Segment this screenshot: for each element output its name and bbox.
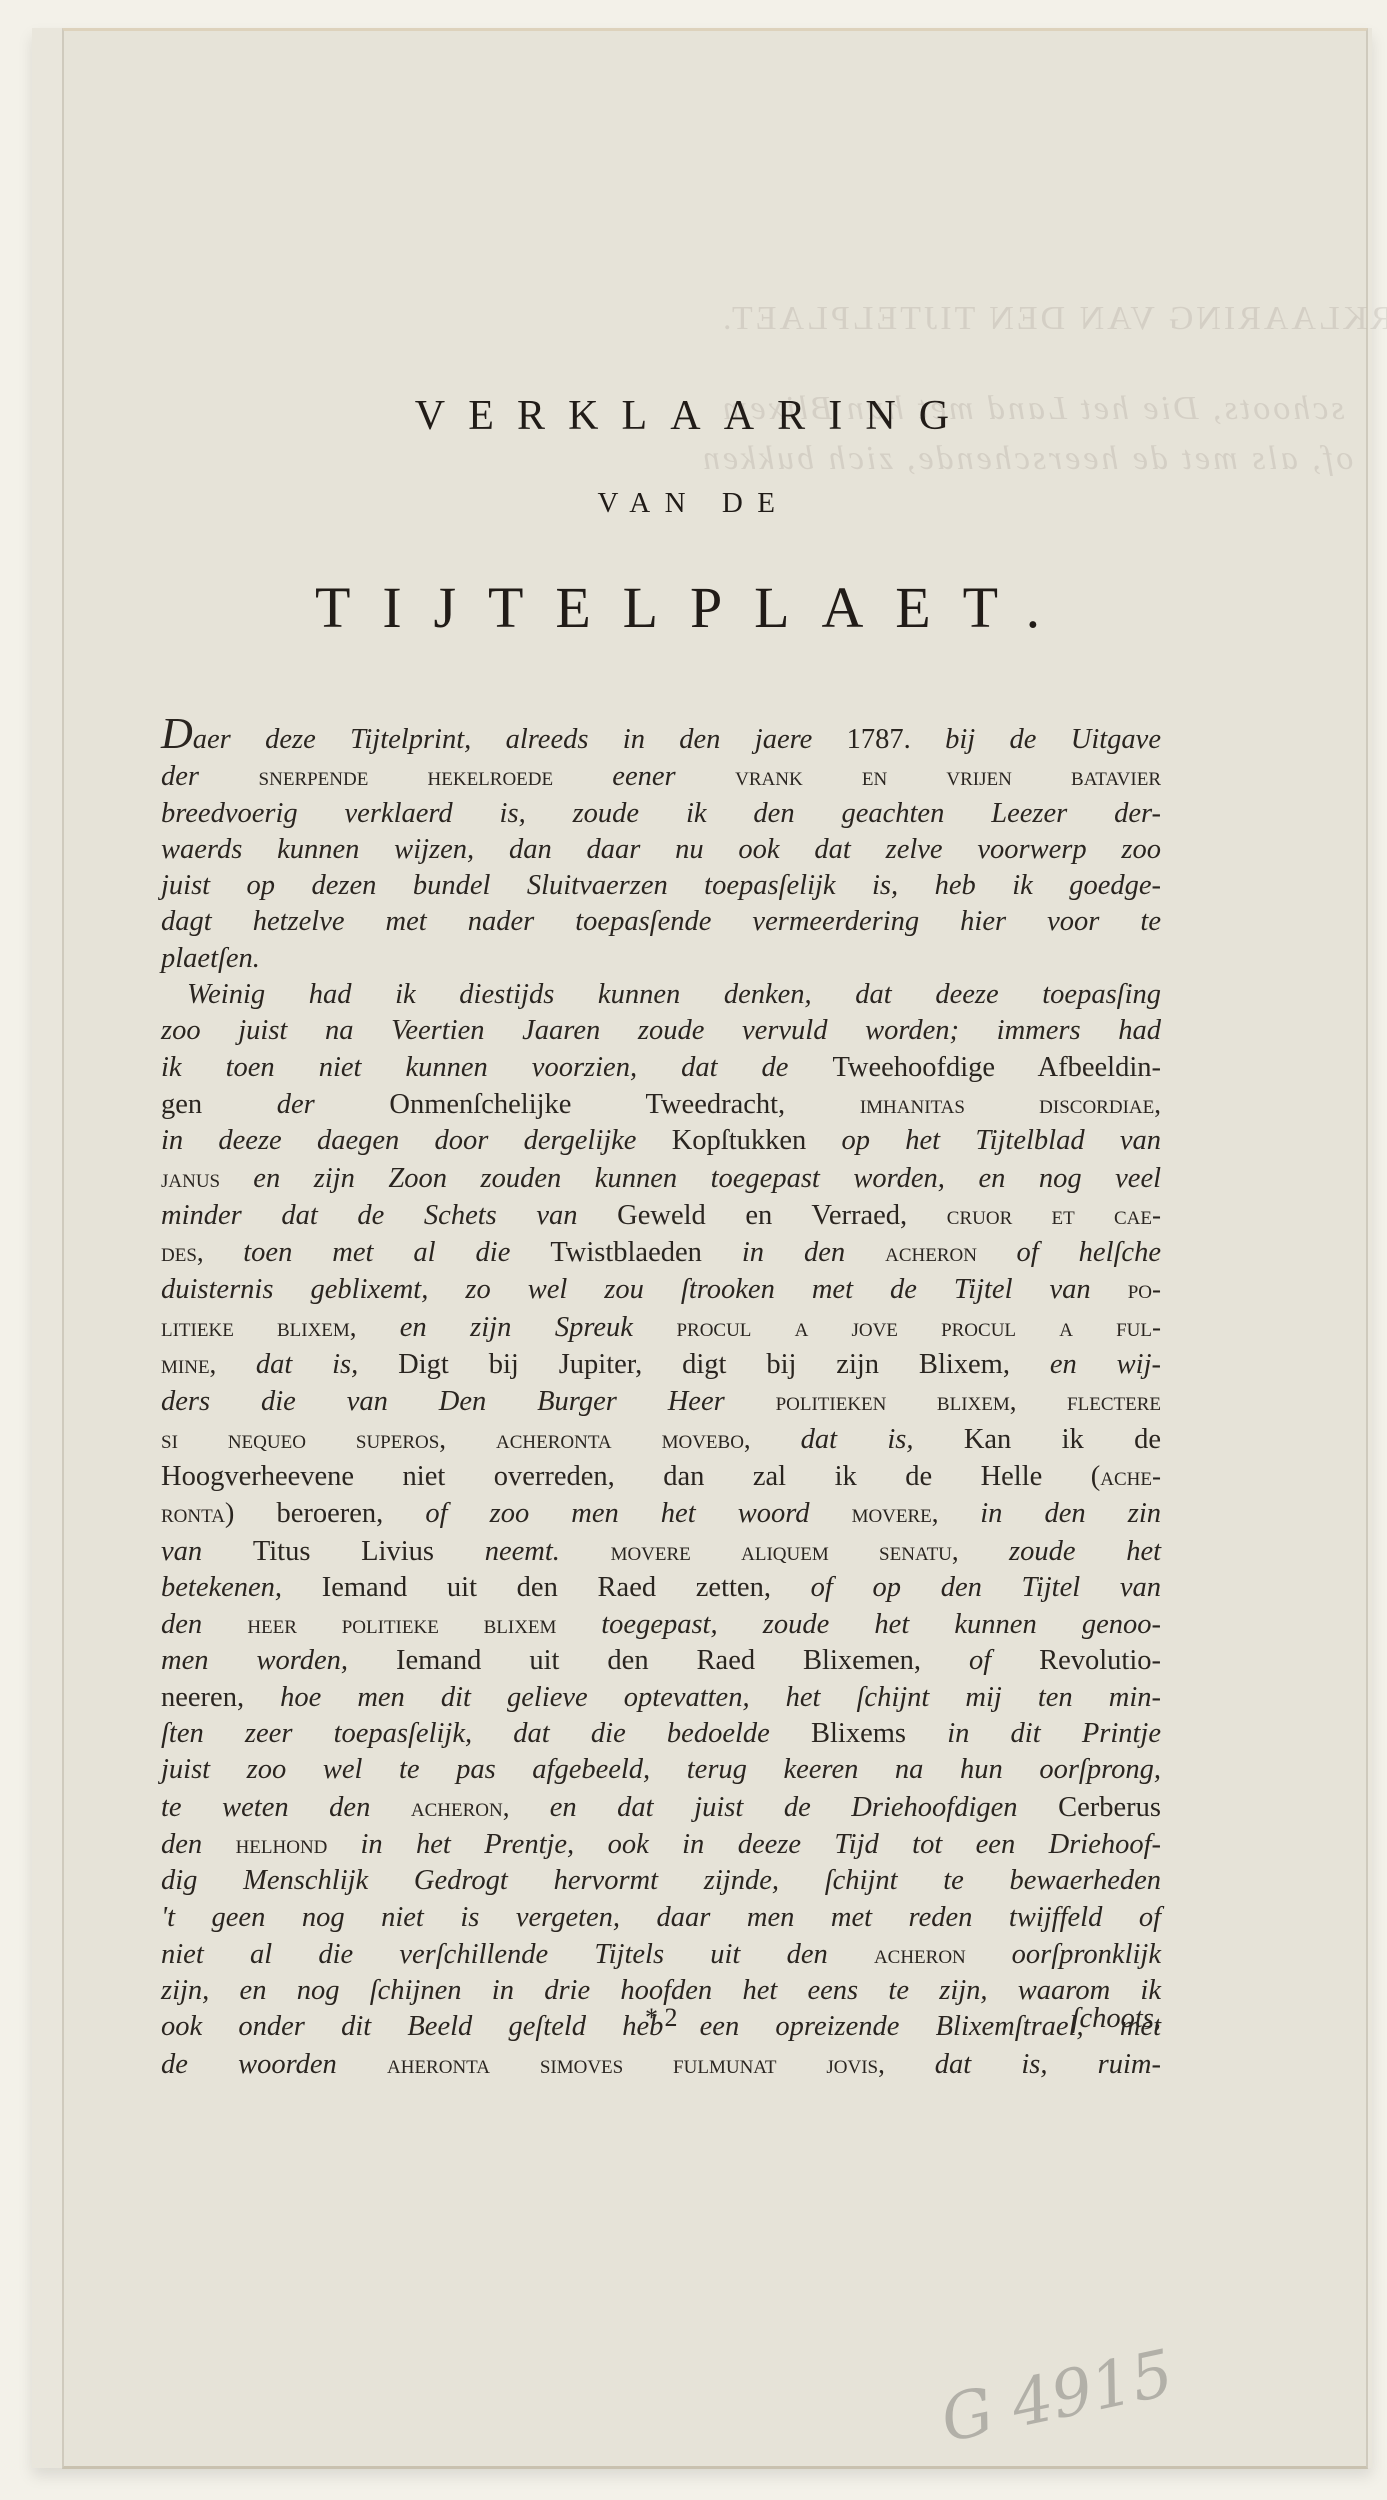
text-segment: Kopſtukken (672, 1125, 842, 1156)
text-segment: niet al die verſchillende Tijtels uit de… (161, 1939, 874, 1970)
text-line: Daer deze Tijtelprint, alreeds in den ja… (161, 722, 1161, 758)
text-line: ders die van Den Burger Heer politieken … (161, 1383, 1161, 1420)
text-line: zoo juist na Veertien Jaaren zoude vervu… (161, 1013, 1161, 1049)
text-segment: litieke blixem, (161, 1312, 400, 1342)
text-segment: bij de Uitgave (945, 724, 1161, 755)
text-segment: en zijn Zoon zouden kunnen toegepast wor… (253, 1163, 1161, 1194)
text-line: de woorden aheronta simoves fulmunat jov… (161, 2046, 1161, 2083)
text-segment: waerds kunnen wijzen, dan daar nu ook da… (161, 834, 1161, 865)
text-line: juist zoo wel te pas afgebeeld, terug ke… (161, 1752, 1161, 1788)
text-segment: of helſche (1017, 1237, 1161, 1268)
text-segment: Titus Livius (253, 1536, 485, 1567)
text-segment: gen (161, 1089, 277, 1120)
text-segment: Kan ik de (964, 1424, 1161, 1455)
catchword: ſchoots, (1072, 2003, 1161, 2035)
text-segment: procul a jove procul a ful- (676, 1312, 1161, 1342)
text-line: betekenen, Iemand uit den Raed zetten, o… (161, 1570, 1161, 1606)
text-segment: dig Menschlijk Gedrogt hervormt zijnde, … (161, 1865, 1161, 1896)
text-segment: in den (742, 1237, 885, 1268)
text-segment: toen met al die (243, 1237, 550, 1268)
signature-mark: * 2 (645, 2003, 678, 2033)
text-line: janus en zijn Zoon zouden kunnen toegepa… (161, 1160, 1161, 1197)
text-segment: 1787. (847, 724, 945, 755)
text-segment: der (277, 1089, 390, 1120)
bleed-through-line: of, als met de heerschende, zich bukken (700, 440, 1353, 478)
text-segment: Twistblaeden (550, 1237, 742, 1268)
text-line: dagt hetzelve met nader toepasſende verm… (161, 904, 1161, 940)
text-segment: zoude het (1009, 1536, 1161, 1567)
text-segment: juist op dezen bundel Sluitvaerzen toepa… (161, 870, 1161, 901)
text-segment: dagt hetzelve met nader toepasſende verm… (161, 906, 1161, 937)
text-line: te weten den acheron, en dat juist de Dr… (161, 1789, 1161, 1826)
text-segment: neeren, (161, 1682, 280, 1713)
text-segment: of (969, 1645, 1039, 1676)
text-segment: aer deze Tijtelprint, alreeds in den jae… (193, 724, 847, 755)
text-line: Hoogverheevene niet overreden, dan zal i… (161, 1458, 1161, 1495)
text-segment: en dat juist de Driehoofdigen (550, 1792, 1058, 1823)
text-segment: Iemand uit den Raed Blixemen, (396, 1645, 969, 1676)
text-line: niet al die verſchillende Tijtels uit de… (161, 1936, 1161, 1973)
title-line-3: TIJTELPLAET. (0, 574, 1387, 641)
text-segment: minder dat de Schets van (161, 1200, 617, 1231)
text-segment: movere, (852, 1498, 981, 1528)
text-segment: zijn, en nog ſchijnen in drie hoofden he… (161, 1975, 1161, 2006)
text-segment: Iemand uit den Raed zetten, (322, 1572, 811, 1603)
text-segment: in den zin (980, 1498, 1161, 1529)
text-segment: helhond (236, 1829, 361, 1859)
text-line: si nequeo superos, acheronta movebo, dat… (161, 1421, 1161, 1458)
text-segment: cruor et cae- (947, 1200, 1161, 1230)
text-segment: of zoo men het woord (425, 1498, 851, 1529)
text-segment: movere aliquem senatu, (611, 1536, 1009, 1566)
text-segment: janus (161, 1163, 253, 1193)
text-segment: en wij- (1050, 1349, 1161, 1380)
title-line-2: VAN DE (0, 487, 1387, 520)
text-segment: op het Tijtelblad van (842, 1125, 1161, 1156)
text-line: Weinig had ik diestijds kunnen denken, d… (161, 977, 1161, 1013)
text-line: den heer politieke blixem toegepast, zou… (161, 1606, 1161, 1643)
text-line: den helhond in het Prentje, ook in deeze… (161, 1826, 1161, 1863)
text-segment: ſten zeer toepasſelijk, dat die bedoelde (161, 1718, 811, 1749)
text-line: in deeze daegen door dergelijke Kopſtukk… (161, 1123, 1161, 1159)
text-segment: te weten den (161, 1792, 411, 1823)
drop-cap: D (161, 709, 193, 758)
text-segment: ronta (161, 1498, 225, 1528)
text-segment: den (161, 1829, 236, 1860)
text-line: minder dat de Schets van Geweld en Verra… (161, 1197, 1161, 1234)
text-segment: acheron (885, 1237, 1016, 1267)
text-line: dig Menschlijk Gedrogt hervormt zijnde, … (161, 1863, 1161, 1899)
text-segment: in deeze daegen door dergelijke (161, 1125, 672, 1156)
text-segment: ders die van Den Burger Heer (161, 1386, 776, 1417)
text-segment: hoe men dit gelieve optevatten, het ſchi… (280, 1682, 1161, 1713)
text-line: litieke blixem, en zijn Spreuk procul a … (161, 1309, 1161, 1346)
text-segment: neemt. (485, 1536, 611, 1567)
text-line: gen der Onmenſchelijke Tweedracht, imhan… (161, 1086, 1161, 1123)
text-segment: oorſpronklijk (1012, 1939, 1161, 1970)
text-segment: snerpende hekelroede (259, 761, 613, 791)
text-line: breedvoerig verklaerd is, zoude ik den g… (161, 796, 1161, 832)
text-segment: breedvoerig verklaerd is, zoude ik den g… (161, 798, 1161, 829)
text-segment: Hoogverheevene niet overreden, dan zal i… (161, 1461, 1100, 1492)
text-segment: vrank en vrijen batavier (735, 761, 1161, 791)
text-line: men worden, Iemand uit den Raed Blixemen… (161, 1643, 1161, 1679)
text-segment: po- (1128, 1274, 1161, 1304)
text-segment: juist zoo wel te pas afgebeeld, terug ke… (161, 1754, 1161, 1785)
text-segment: dat is, (801, 1424, 964, 1455)
text-segment: duisternis geblixemt, zo wel zou ſtrooke… (161, 1274, 1128, 1305)
text-segment: betekenen, (161, 1572, 322, 1603)
text-segment: eener (612, 761, 735, 792)
text-segment: van (161, 1536, 253, 1567)
text-segment: in dit Printje (947, 1718, 1161, 1749)
text-segment: Cerberus (1058, 1792, 1161, 1823)
body-text: Daer deze Tijtelprint, alreeds in den ja… (161, 722, 1161, 2083)
text-segment: den (161, 1609, 247, 1640)
text-line: duisternis geblixemt, zo wel zou ſtrooke… (161, 1271, 1161, 1308)
text-segment: si nequeo superos, acheronta movebo, (161, 1424, 801, 1454)
title-line-1: VERKLAARING (0, 392, 1387, 440)
text-segment: 't geen nog niet is vergeten, daar men m… (161, 1902, 1161, 1933)
text-segment: Onmenſchelijke Tweedracht, (389, 1089, 859, 1120)
text-line: ronta) beroeren, of zoo men het woord mo… (161, 1495, 1161, 1532)
text-segment: in het Prentje, ook in deeze Tijd tot ee… (360, 1829, 1161, 1860)
text-segment: mine, (161, 1349, 256, 1379)
text-segment: aheronta simoves fulmunat jovis, (387, 2049, 935, 2079)
text-line: mine, dat is, Digt bij Jupiter, digt bij… (161, 1346, 1161, 1383)
text-segment: heer politieke blixem (247, 1609, 601, 1639)
text-segment: Blixems (811, 1718, 947, 1749)
text-line: ik toen niet kunnen voorzien, dat de Twe… (161, 1050, 1161, 1086)
text-line: 't geen nog niet is vergeten, daar men m… (161, 1900, 1161, 1936)
text-segment: dat is, ruim- (935, 2049, 1161, 2080)
text-segment: politieken blixem, flectere (776, 1386, 1161, 1416)
text-segment: Tweehoofdige Afbeeldin- (832, 1052, 1161, 1083)
text-line: juist op dezen bundel Sluitvaerzen toepa… (161, 868, 1161, 904)
text-line: neeren, hoe men dit gelieve optevatten, … (161, 1680, 1161, 1716)
text-segment: men worden, (161, 1645, 396, 1676)
text-line: waerds kunnen wijzen, dan daar nu ook da… (161, 832, 1161, 868)
text-segment: Revolutio- (1039, 1645, 1161, 1676)
text-segment: acheron, (411, 1792, 550, 1822)
text-line: plaetſen. (161, 941, 1161, 977)
text-segment: plaetſen. (161, 943, 260, 974)
bleed-through-header: IV VERKLAARING VAN DEN TIJTELPLAET. (720, 300, 1387, 338)
text-segment: dat is, (256, 1349, 398, 1380)
text-segment: zoo juist na Veertien Jaaren zoude vervu… (161, 1015, 1161, 1046)
text-segment: der (161, 761, 259, 792)
text-segment: Geweld en Verraed, (617, 1200, 947, 1231)
text-segment: en zijn Spreuk (400, 1312, 677, 1343)
text-segment: de woorden (161, 2049, 387, 2080)
text-line: ſten zeer toepasſelijk, dat die bedoelde… (161, 1716, 1161, 1752)
text-segment: ) beroeren, (225, 1498, 425, 1529)
text-segment: Digt bij Jupiter, digt bij zijn Blixem, (398, 1349, 1050, 1380)
text-line: van Titus Livius neemt. movere aliquem s… (161, 1533, 1161, 1570)
text-segment: toegepast, zoude het kunnen genoo- (601, 1609, 1161, 1640)
text-line: der snerpende hekelroede eener vrank en … (161, 758, 1161, 795)
text-segment: Weinig had ik diestijds kunnen denken, d… (187, 979, 1161, 1010)
text-segment: acheron (874, 1939, 1012, 1969)
text-segment: ache- (1100, 1461, 1161, 1491)
text-line: des, toen met al die Twistblaeden in den… (161, 1234, 1161, 1271)
text-segment: of op den Tijtel van (811, 1572, 1161, 1603)
text-segment: des, (161, 1237, 243, 1267)
text-segment: ik toen niet kunnen voorzien, dat de (161, 1052, 832, 1083)
text-segment: imhanitas discordiae, (860, 1089, 1161, 1119)
